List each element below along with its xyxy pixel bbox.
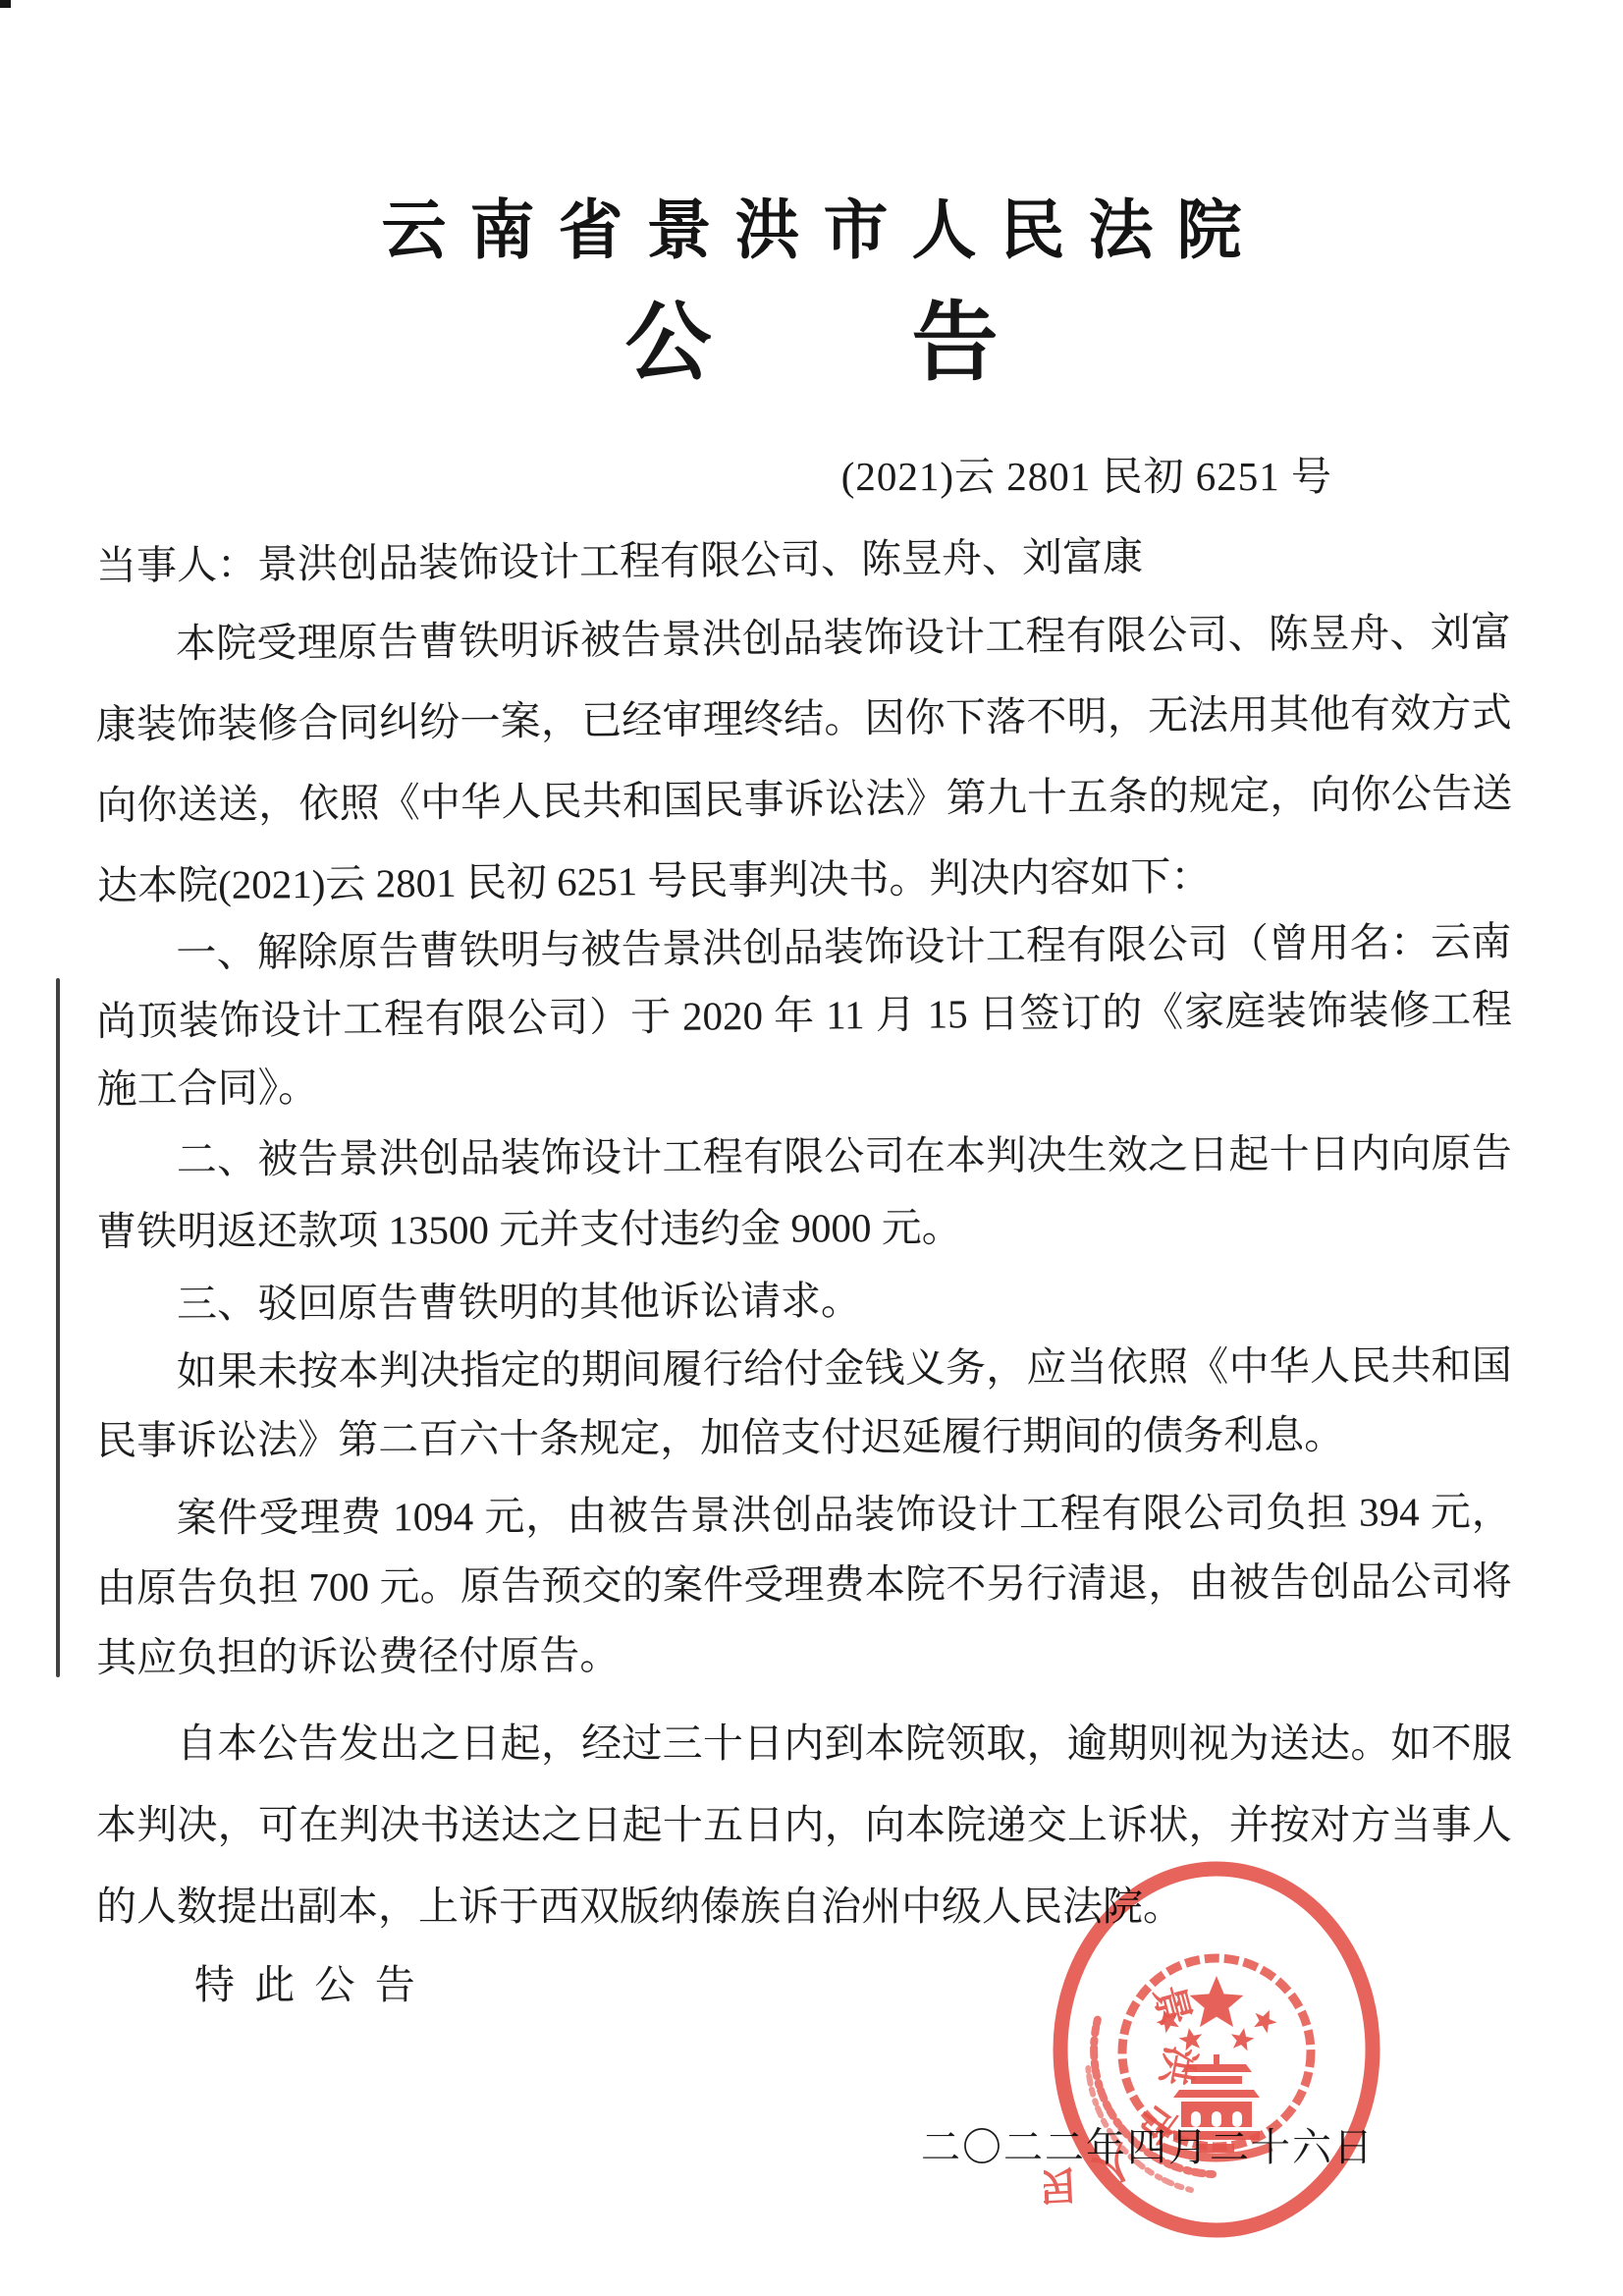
notice-title-char: 告: [912, 274, 999, 398]
paragraph: 一、解除原告曹铁明与被告景洪创品装饰设计工程有限公司（曾用名：云南尚顶装饰设计工…: [95, 907, 1513, 1123]
body-line: 三、驳回原告曹铁明的其他诉讼请求。: [96, 1262, 1512, 1340]
court-title: 云南省景洪市人民法院: [0, 178, 1623, 271]
body-line: 曹铁明返还款项 13500 元并支付违约金 9000 元。: [96, 1189, 1512, 1268]
body-line: 施工合同》。: [96, 1043, 1513, 1123]
body-line: 民事诉讼法》第二百六十条规定，加倍支付迟延履行期间的债务利息。: [96, 1399, 1512, 1475]
body-line: 本院受理原告曹铁明诉被告景洪创品装饰设计工程有限公司、陈昱舟、刘富: [95, 591, 1512, 684]
paragraph: 案件受理费 1094 元，由被告景洪创品装饰设计工程有限公司负担 394 元，由…: [95, 1477, 1512, 1693]
paragraph: 二、被告景洪创品装饰设计工程有限公司在本判决生效之日起十日内向原告曹铁明返还款项…: [96, 1118, 1513, 1268]
body-line: 由原告负担 700 元。原告预交的案件受理费本院不另行清退，由被告创品公司将: [96, 1547, 1512, 1623]
case-number: (2021)云 2801 民初 6251 号: [841, 444, 1332, 502]
court-seal-graphic: 景洪市人民法院: [1044, 1852, 1389, 2247]
document-page: 云南省景洪市人民法院 公 告 (2021)云 2801 民初 6251 号 当事…: [0, 0, 1623, 2296]
parties-line: 当事人：景洪创品装饰设计工程有限公司、陈昱舟、刘富康: [96, 518, 1513, 602]
body-line: 如果未按本判决指定的期间履行给付金钱义务，应当依照《中华人民共和国: [96, 1331, 1512, 1406]
body-line: 一、解除原告曹铁明与被告景洪创品装饰设计工程有限公司（曾用名：云南: [95, 907, 1512, 988]
paragraph: 本院受理原告曹铁明诉被告景洪创品装饰设计工程有限公司、陈昱舟、刘富康装饰装修合同…: [95, 591, 1514, 926]
body-line: 向你送送，依照《中华人民共和国民事诉讼法》第九十五条的规定，向你公告送: [96, 752, 1513, 846]
body-line: 自本公告发出之日起，经过三十日内到本院领取，逾期则视为送达。如不服: [96, 1703, 1512, 1784]
body-line: 案件受理费 1094 元，由被告景洪创品装饰设计工程有限公司负担 394 元，: [95, 1477, 1511, 1554]
body-line: 尚顶装饰设计工程有限公司）于 2020 年 11 月 15 日签订的《家庭装饰装…: [96, 975, 1513, 1056]
emblem-gate: [1173, 2054, 1260, 2153]
court-seal: 景洪市人民法院: [1044, 1852, 1389, 2247]
scan-corner-artifact: [0, 0, 11, 8]
notice-title-char: 公: [624, 274, 711, 398]
paragraph: 三、驳回原告曹铁明的其他诉讼请求。: [96, 1262, 1512, 1340]
body-line: 其应负担的诉讼费径付原告。: [96, 1616, 1512, 1693]
notice-title: 公 告: [0, 285, 1623, 387]
body-line: 二、被告景洪创品装饰设计工程有限公司在本判决生效之日起十日内向原告: [96, 1118, 1512, 1196]
paragraph: 如果未按本判决指定的期间履行给付金钱义务，应当依照《中华人民共和国民事诉讼法》第…: [96, 1331, 1513, 1475]
scan-edge-artifact: [56, 978, 60, 1677]
body-line: 康装饰装修合同纠纷一案，已经审理终结。因你下落不明，无法用其他有效方式: [95, 672, 1512, 765]
closing-line: 特 此 公 告: [96, 1949, 420, 2021]
